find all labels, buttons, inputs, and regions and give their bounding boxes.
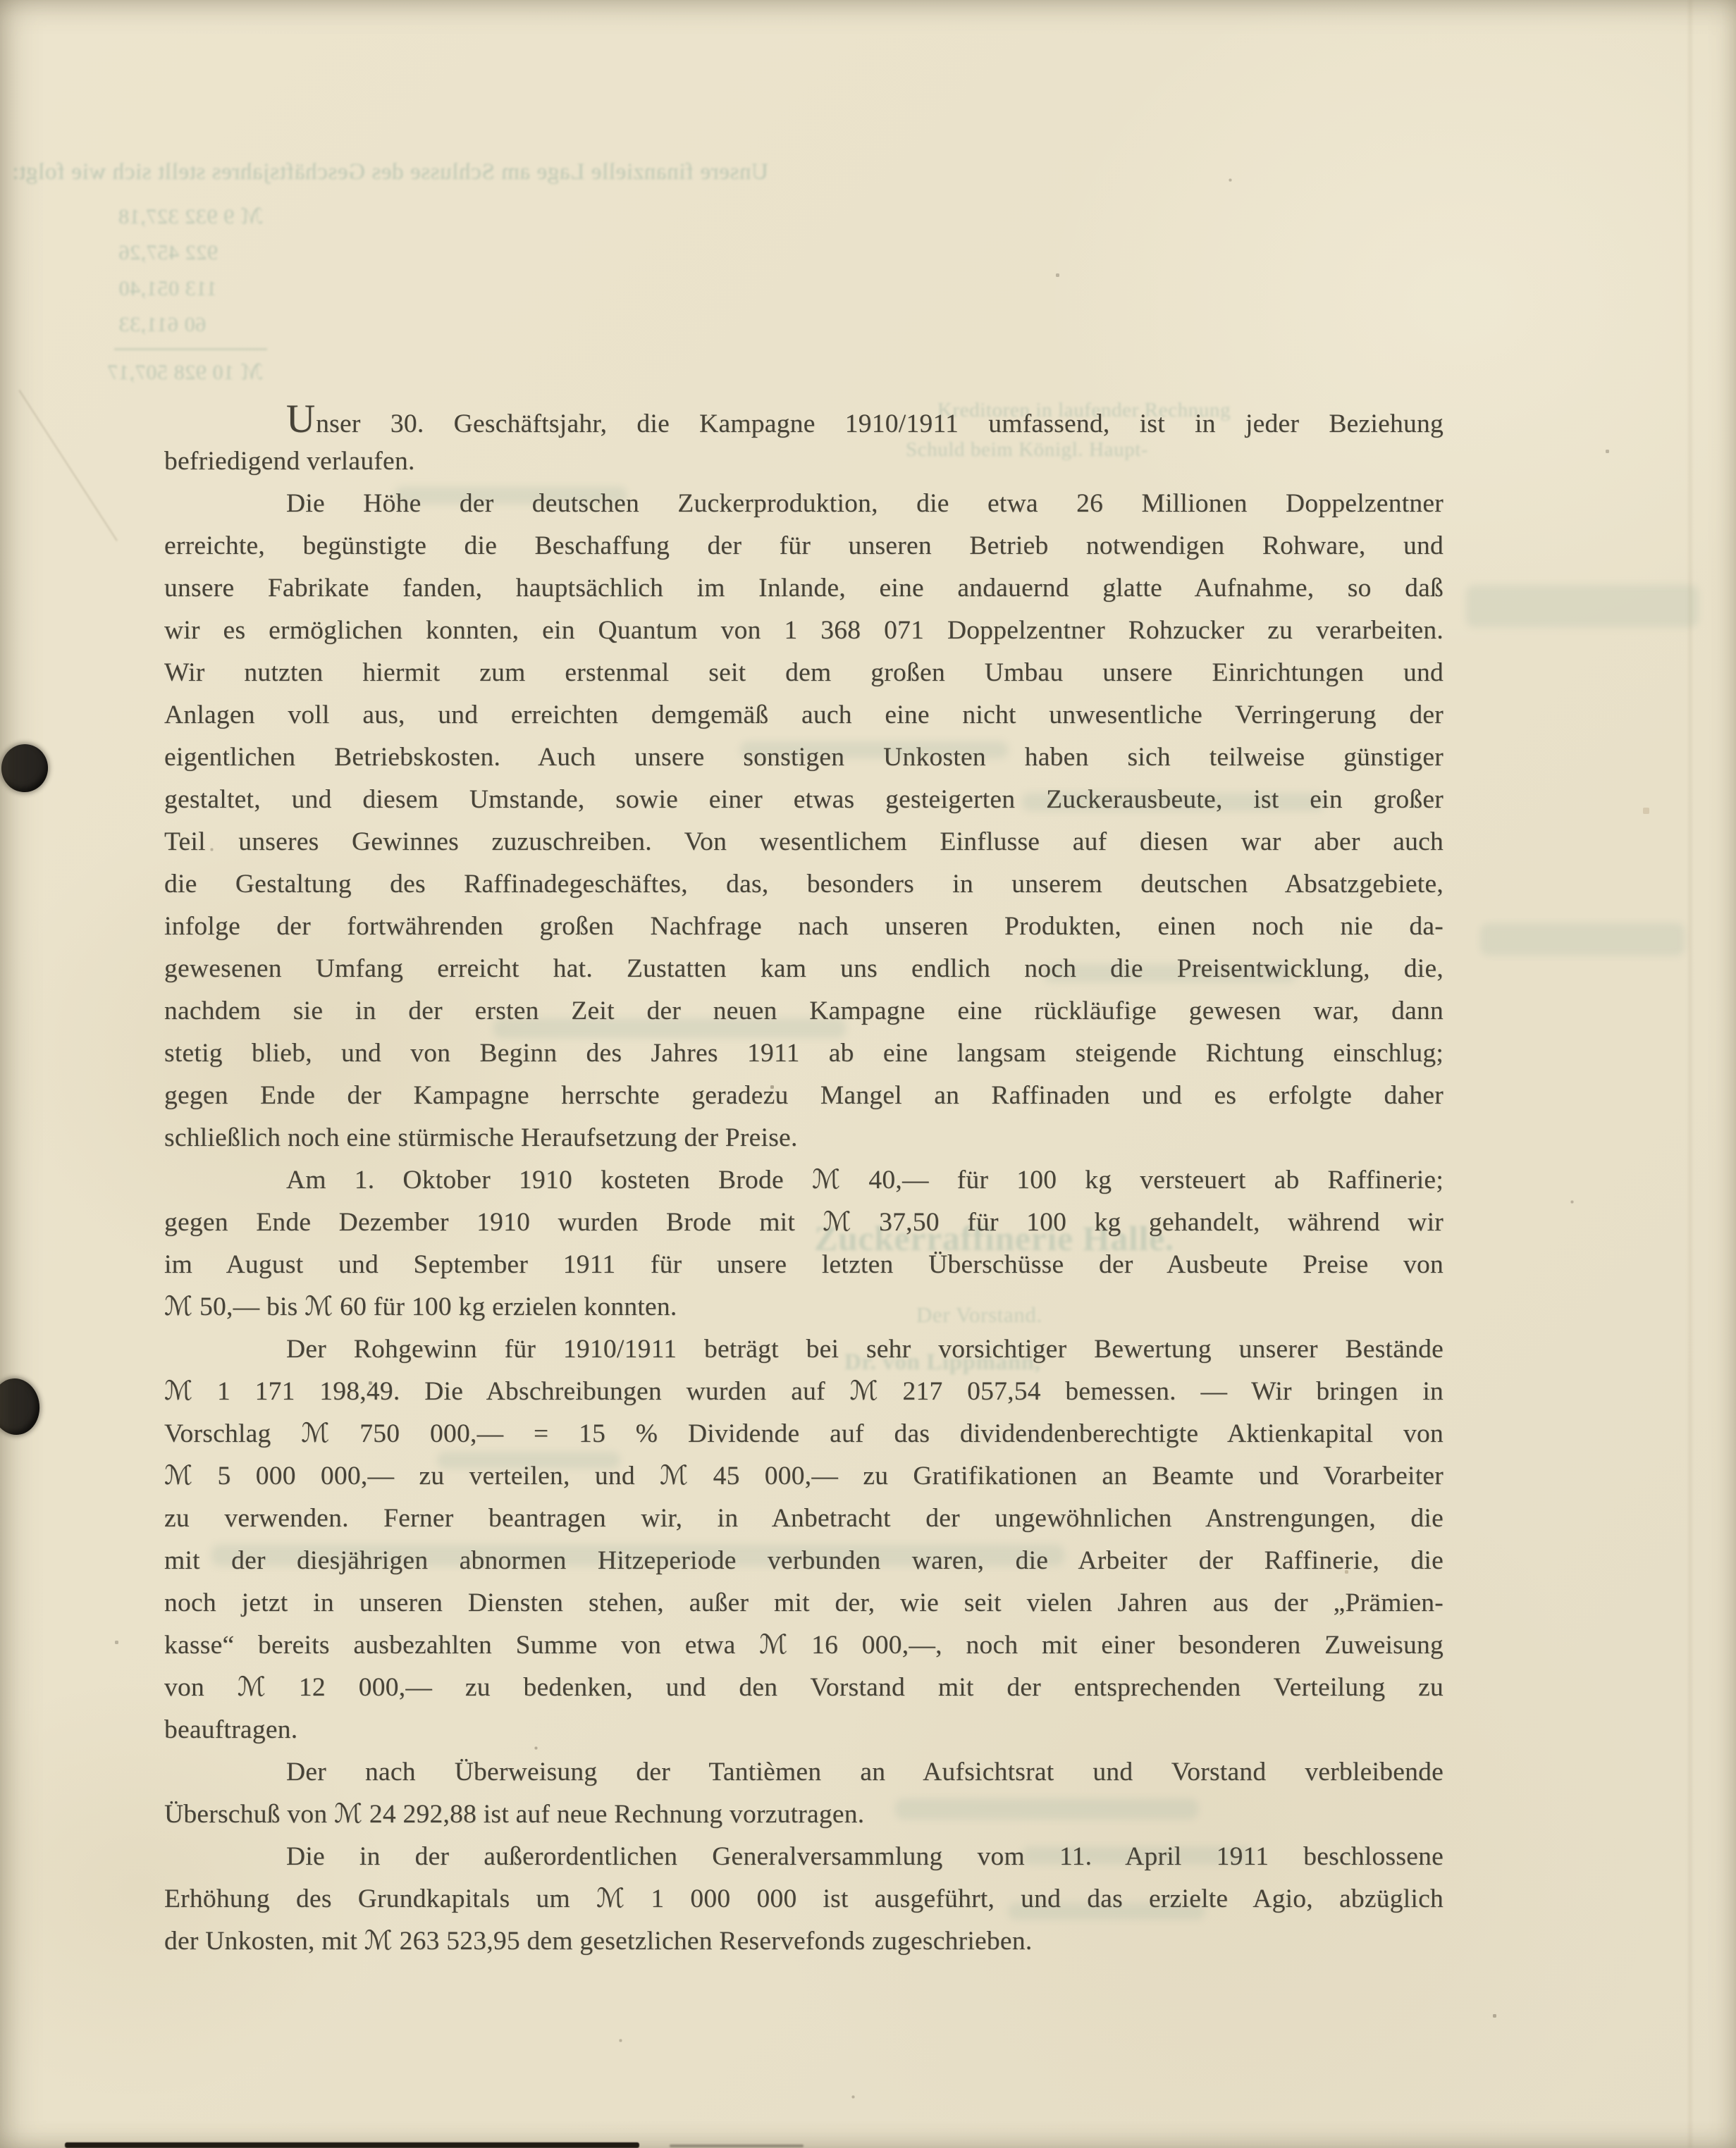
bleedthrough-sum-rule xyxy=(114,348,267,350)
text-line: stetig blieb, und von Beginn des Jahres … xyxy=(164,1032,1443,1075)
text-line: Vorschlag ℳ 750 000,— = 15 % Dividende a… xyxy=(164,1413,1443,1455)
bleedthrough-header: Unsere finanzielle Lage am Schlusse des … xyxy=(271,159,768,185)
bleedthrough-amounts-list: ℳ 9 932 327,18922 457,26113 051,4060 611… xyxy=(118,199,263,342)
text-line: zu verwenden. Ferner beantragen wir, in … xyxy=(164,1498,1443,1540)
hole-punch-bottom xyxy=(0,1376,42,1438)
text-line: die Gestaltung des Raffinadegeschäftes, … xyxy=(164,863,1443,906)
text-line: von ℳ 12 000,— zu bedenken, und den Vors… xyxy=(164,1667,1443,1709)
text-line: gewesenen Umfang erreicht hat. Zustatten… xyxy=(164,948,1443,990)
text-line: mit der diesjährigen abnormen Hitzeperio… xyxy=(164,1540,1443,1582)
text-line: kasse“ bereits ausbezahlten Summe von et… xyxy=(164,1624,1443,1667)
text-line: schließlich noch eine stürmische Heraufs… xyxy=(164,1117,1443,1159)
bleedthrough-amount: 60 611,33 xyxy=(118,307,263,342)
text-line: ℳ 50,— bis ℳ 60 für 100 kg erzielen konn… xyxy=(164,1286,1443,1328)
text-line: nachdem sie in der ersten Zeit der neuen… xyxy=(164,990,1443,1032)
paper-crease xyxy=(18,390,118,541)
text-line: gestaltet, und diesem Umstande, sowie ei… xyxy=(164,779,1443,821)
bleedthrough-amount: ℳ 9 932 327,18 xyxy=(118,199,263,235)
text-line: der Unkosten, mit ℳ 263 523,95 dem geset… xyxy=(164,1920,1443,1963)
text-line: noch jetzt in unseren Diensten stehen, a… xyxy=(164,1582,1443,1624)
text-line: Der nach Überweisung der Tantièmen an Au… xyxy=(164,1751,1443,1794)
hole-punch-top xyxy=(0,741,51,796)
text-line: eigentlichen Betriebskosten. Auch unsere… xyxy=(164,736,1443,779)
text-line: gegen Ende Dezember 1910 wurden Brode mi… xyxy=(164,1202,1443,1244)
bleedthrough-amount: 113 051,40 xyxy=(118,271,263,307)
text-line: Überschuß von ℳ 24 292,88 ist auf neue R… xyxy=(164,1794,1443,1836)
text-line: infolge der fortwährenden großen Nachfra… xyxy=(164,906,1443,948)
paper-specks xyxy=(0,0,1,1)
text-line: Wir nutzten hiermit zum erstenmal seit d… xyxy=(164,652,1443,694)
bleedthrough-amounts: ℳ 9 932 327,18922 457,26113 051,4060 611… xyxy=(118,199,263,390)
text-line: Der Rohgewinn für 1910/1911 beträgt bei … xyxy=(164,1328,1443,1371)
scan-edge-shadow xyxy=(65,2142,639,2148)
text-line: erreichte, begünstigte die Beschaffung d… xyxy=(164,525,1443,567)
text-line: Die Höhe der deutschen Zuckerproduktion,… xyxy=(164,483,1443,525)
bleedthrough-amount: 922 457,26 xyxy=(118,235,263,271)
text-line: befriedigend verlaufen. xyxy=(164,440,1443,483)
text-line: Am 1. Oktober 1910 kosteten Brode ℳ 40,—… xyxy=(164,1159,1443,1202)
text-line: gegen Ende der Kampagne herrschte gerade… xyxy=(164,1075,1443,1117)
text-line: Teil unseres Gewinnes zuzuschreiben. Von… xyxy=(164,821,1443,863)
text-line: ℳ 5 000 000,— zu verteilen, und ℳ 45 000… xyxy=(164,1455,1443,1498)
text-line: Anlagen voll aus, und erreichten demgemä… xyxy=(164,694,1443,736)
text-line: Erhöhung des Grundkapitals um ℳ 1 000 00… xyxy=(164,1878,1443,1920)
bleedthrough-total: ℳ 10 928 507,17 xyxy=(118,354,263,390)
text-block: Unser 30. Geschäftsjahr, die Kampagne 19… xyxy=(164,398,1443,1963)
text-line: beauftragen. xyxy=(164,1709,1443,1751)
text-line: Die in der außerordentlichen Generalvers… xyxy=(164,1836,1443,1878)
text-line: Unser 30. Geschäftsjahr, die Kampagne 19… xyxy=(164,398,1443,440)
text-line: im August und September 1911 für unsere … xyxy=(164,1244,1443,1286)
scan-edge-shadow xyxy=(670,2144,804,2147)
bleedthrough-smudge xyxy=(1480,923,1685,956)
text-line: ℳ 1 171 198,49. Die Abschreibungen wurde… xyxy=(164,1371,1443,1413)
scanned-page: Unsere finanzielle Lage am Schlusse des … xyxy=(0,0,1736,2148)
text-line: unsere Fabrikate fanden, hauptsächlich i… xyxy=(164,567,1443,610)
bleedthrough-smudge xyxy=(1466,585,1699,627)
paper-crease-right xyxy=(1689,0,1692,2148)
text-line: wir es ermöglichen konnten, ein Quantum … xyxy=(164,610,1443,652)
